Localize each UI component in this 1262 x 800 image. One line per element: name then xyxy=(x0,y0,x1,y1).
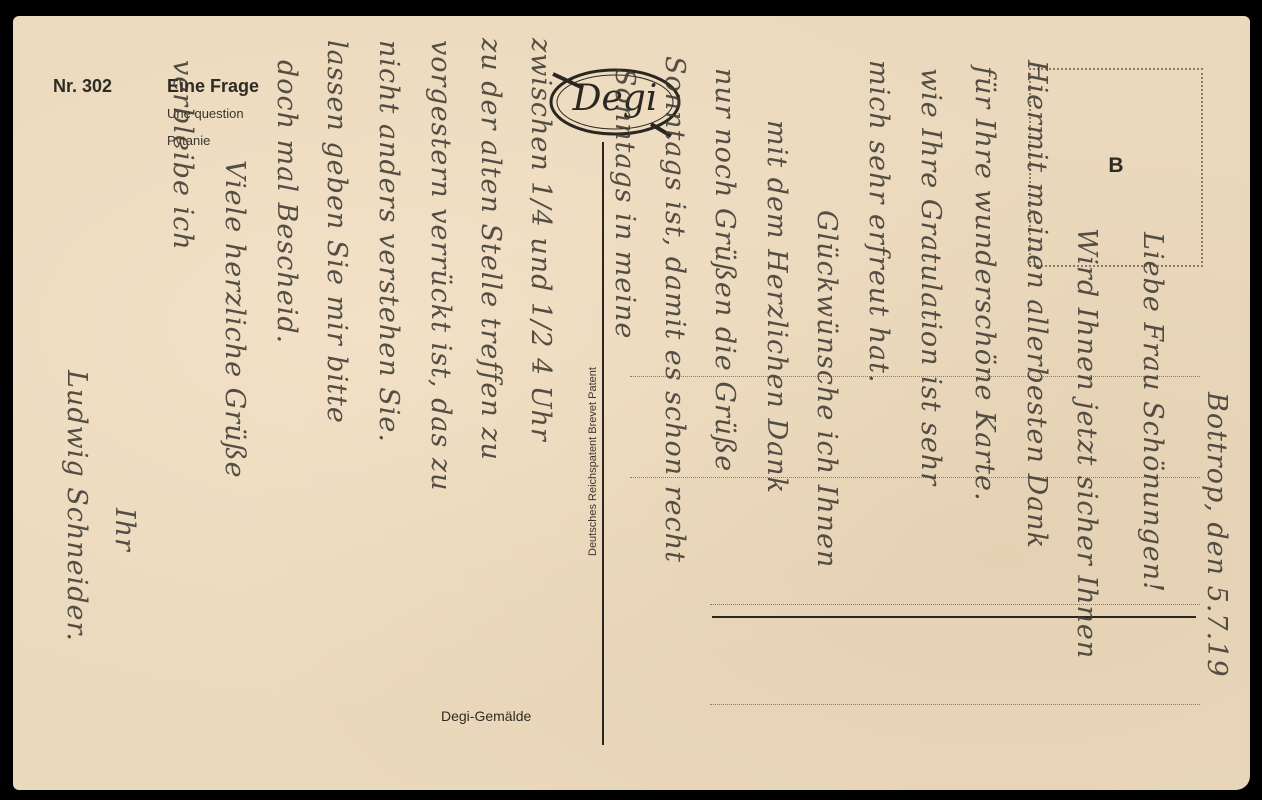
handwritten-line: Sonntags in meine xyxy=(609,68,640,339)
stamp-box: B xyxy=(1029,68,1203,267)
handwritten-line: verbleibe ich xyxy=(167,60,198,251)
handwritten-line: Glückwünsche ich Ihnen xyxy=(811,210,842,568)
stamp-box-label: B xyxy=(1031,154,1201,178)
handwritten-line: Sonntags ist, damit es schon recht xyxy=(659,56,690,563)
handwritten-signature: Ludwig Schneider. xyxy=(61,370,92,642)
handwritten-line: mich sehr erfreut hat. xyxy=(863,60,894,384)
handwritten-line: Hiermit meinen allerbesten Dank xyxy=(1021,60,1052,549)
handwritten-line: Liebe Frau Schönungen! xyxy=(1137,232,1168,593)
patent-text: Deutsches Reichspatent Brevet Patent xyxy=(587,367,599,556)
address-line-4 xyxy=(710,704,1200,705)
handwritten-line: nur noch Grüßen die Grüße xyxy=(709,68,740,472)
handwritten-date: Bottrop, den 5.7.19 xyxy=(1201,392,1232,678)
address-underline xyxy=(712,616,1196,618)
handwritten-line: zu der alten Stelle treffen zu xyxy=(475,38,506,461)
card-number: Nr. 302 xyxy=(53,76,112,97)
handwritten-line: nicht anders verstehen Sie. xyxy=(373,40,404,443)
handwritten-line: zwischen 1/4 und 1/2 4 Uhr xyxy=(525,38,556,442)
handwritten-line: doch mal Bescheid. xyxy=(271,60,302,344)
address-line-3 xyxy=(710,604,1200,605)
series-label: Degi-Gemälde xyxy=(441,708,531,724)
handwritten-line: für Ihre wunderschöne Karte. xyxy=(969,66,1000,502)
divider-line xyxy=(602,142,604,745)
handwritten-line: Ihr xyxy=(109,508,140,552)
handwritten-line: vorgestern verrückt ist, das zu xyxy=(425,40,456,492)
handwritten-line: lassen geben Sie mir bitte xyxy=(321,40,352,424)
handwritten-line: Viele herzliche Grüße xyxy=(219,160,250,479)
handwritten-line: Wird Ihnen jetzt sicher Ihnen xyxy=(1071,228,1102,659)
handwritten-line: mit dem Herzlichen Dank xyxy=(761,120,792,494)
handwritten-line: wie Ihre Gratulation ist sehr xyxy=(915,68,946,486)
